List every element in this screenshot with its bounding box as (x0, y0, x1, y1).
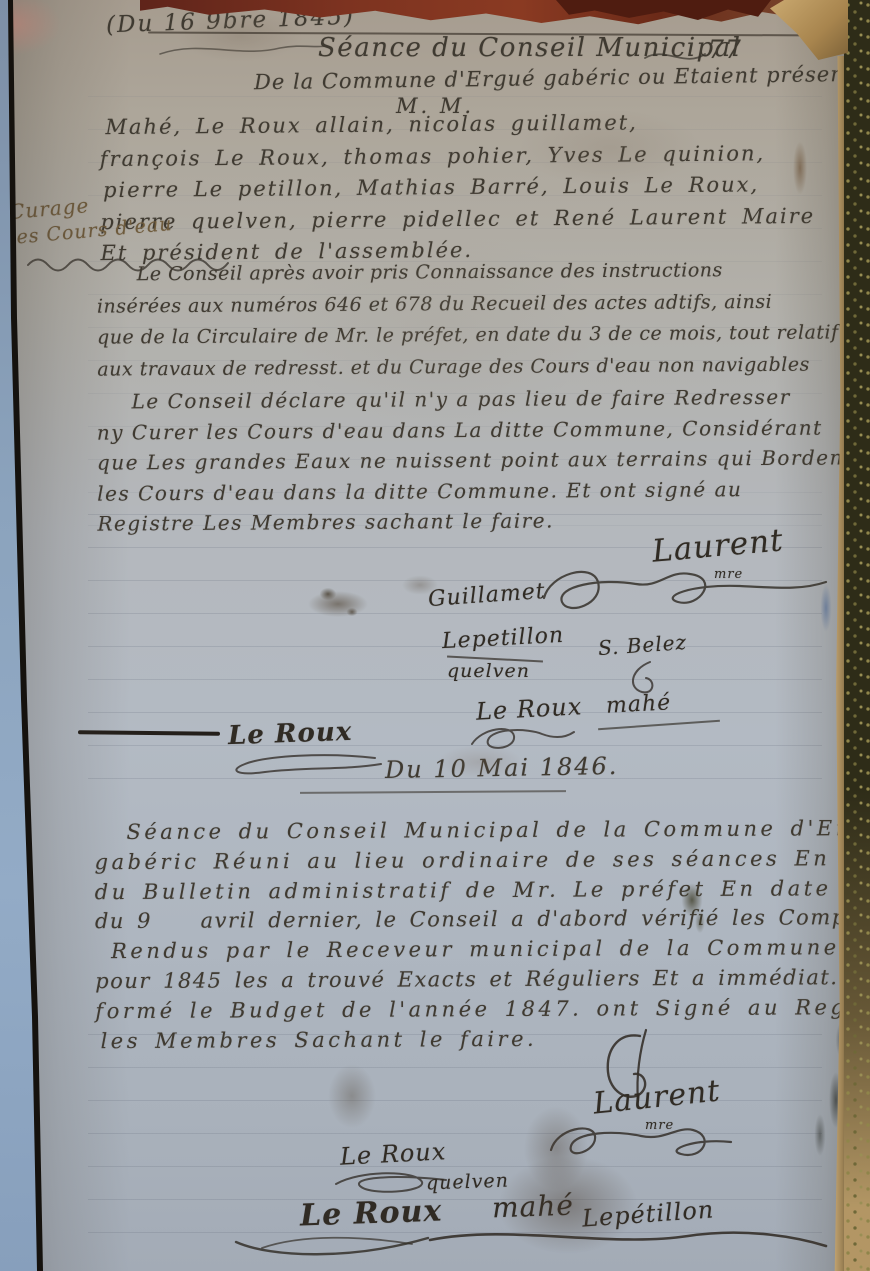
session2-line-4: du 9 avril dernier, le Conseil a d'abord… (95, 903, 870, 937)
session2-line-7: formé le Budget de l'année 1847. ont Sig… (95, 993, 870, 1027)
session1-subtitle: De la Commune d'Ergué gabéric ou Etaient… (254, 62, 866, 95)
deliberation1-line-4: aux travaux de redresst. et du Curage de… (97, 349, 839, 386)
session2-line-1: Séance du Conseil Municipal de la Commun… (126, 814, 870, 848)
signature-guillamet: Guillamet (427, 579, 546, 612)
deliberation1-line-3: que de la Circulaire de Mr. le préfet, e… (97, 317, 839, 354)
session2-line-8: les Membres Sachant le faire. (100, 1022, 870, 1056)
deliberation2-line-4: les Cours d'eau dans la ditte Commune. E… (97, 473, 854, 509)
signature-leroux-top-2: Le Roux (339, 1137, 447, 1171)
manuscript-page: (Du 16 9bre 1845) Séance du Conseil Muni… (0, 0, 870, 1271)
deliberation1-line-1: Le Conseil après avoir pris Connaissance… (137, 254, 839, 290)
deliberation2-paragraph: Le Conseil déclare qu'il n'y a pas lieu … (96, 381, 854, 539)
torn-corner-flap (770, 0, 848, 60)
session2-line-6: pour 1845 les a trouvé Exacts et Régulie… (95, 963, 870, 997)
attendees-paragraph: Mahé, Le Roux allain, nicolas guillamet,… (99, 106, 815, 270)
session1-title: Séance du Conseil Municipal (318, 33, 742, 63)
signature-leroux-center: Le Roux (475, 692, 583, 726)
laurent-paraph-1 (540, 560, 830, 620)
deliberation1-line-2: insérées aux numéros 646 et 678 du Recue… (97, 286, 839, 323)
signature-mahe-2: mahé (491, 1189, 574, 1225)
signature-laurent-2: Laurent (592, 1073, 723, 1121)
signature-laurent-title-1: mre (714, 567, 743, 582)
signature-lepetillon-2: Lepétillon (581, 1195, 715, 1232)
leroux-left-flourish (225, 750, 385, 780)
attendees-line-4: pierre quelven, pierre pidellec et René … (100, 200, 815, 238)
laurent-paraph-2 (545, 1120, 735, 1175)
signature-lepetillon-1: Lepetillon (441, 623, 564, 654)
signature-mahe-1: mahé (605, 690, 671, 718)
session2-line-3: du Bulletin administratif de Mr. Le préf… (95, 873, 870, 907)
leroux-center-paraph (468, 722, 578, 756)
annotation-flourish (150, 38, 335, 64)
session2-paragraph: Séance du Conseil Municipal de la Commun… (94, 814, 870, 1057)
book-binding (844, 0, 870, 1271)
session2-date-heading: Du 10 Mai 1846. (385, 752, 619, 784)
session2-line-5: Rendus par le Receveur municipal de la C… (111, 933, 870, 967)
session2-line-2: gabéric Réuni au lieu ordinaire de ses s… (95, 844, 870, 878)
page-number: 77 (708, 35, 742, 64)
deliberation2-line-3: que Les grandes Eaux ne nuissent point a… (97, 442, 854, 478)
margin-dash (78, 730, 220, 735)
signature-quelven-1: quelven (447, 660, 530, 682)
session2-date-underline (300, 790, 566, 794)
signature-leroux-left: Le Roux (228, 717, 353, 751)
deliberation2-line-1: Le Conseil déclare qu'il n'y a pas lieu … (131, 381, 853, 417)
deliberation1-paragraph: Le Conseil après avoir pris Connaissance… (97, 254, 839, 385)
signature-belez: S. Belez (597, 630, 687, 660)
signature-leroux-bottom-2: Le Roux (299, 1194, 442, 1234)
leroux-bottom-flourish-2 (232, 1232, 432, 1262)
ruled-lines-bottom (88, 1034, 822, 1260)
mahe-underline-1 (598, 720, 720, 731)
signature-laurent-title-2: mre (645, 1118, 674, 1133)
